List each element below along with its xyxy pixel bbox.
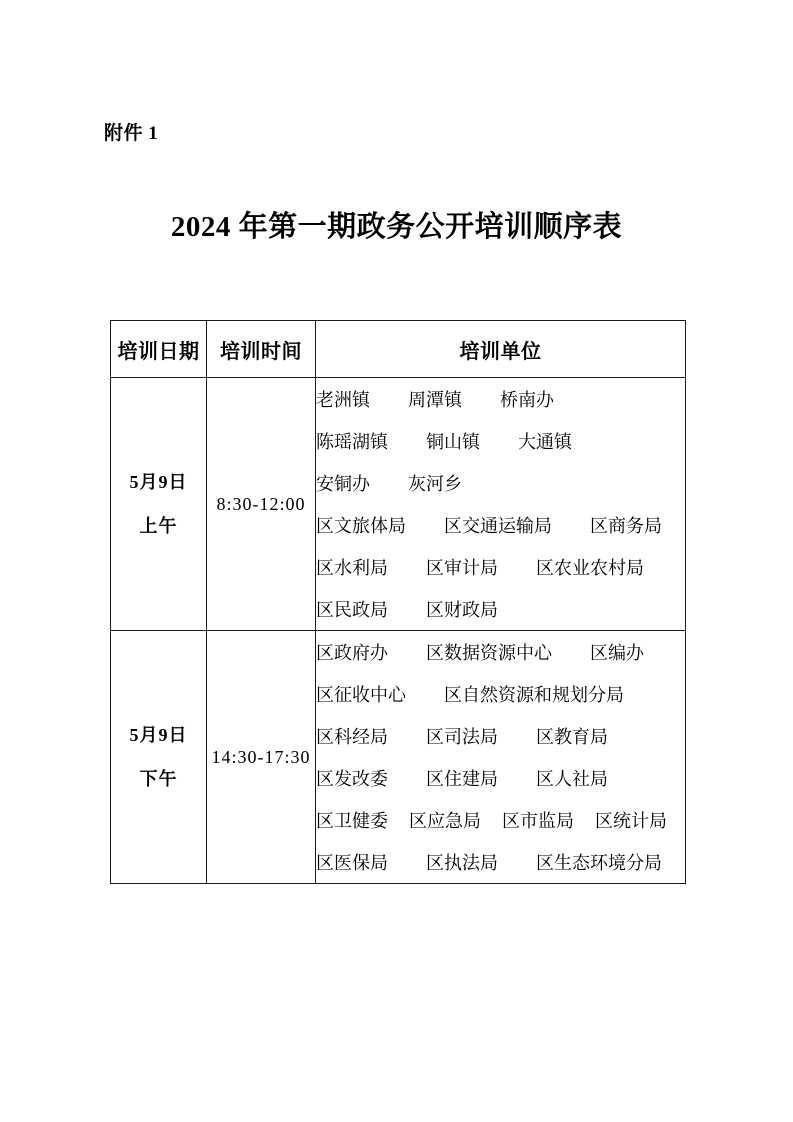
unit-line: 区科经局区司法局区教育局 [316, 715, 685, 757]
unit-name: 区征收中心 [316, 681, 406, 707]
unit-line: 区发改委区住建局区人社局 [316, 757, 685, 799]
unit-name: 区医保局 [316, 849, 388, 875]
unit-name: 区应急局 [409, 807, 481, 833]
unit-name: 铜山镇 [426, 428, 480, 454]
units-cell: 区政府办区数据资源中心区编办区征收中心区自然资源和规划分局区科经局区司法局区教育… [316, 631, 686, 884]
date-cell: 5月9日 上午 [111, 378, 207, 631]
table-row: 5月9日 下午 14:30-17:30 区政府办区数据资源中心区编办区征收中心区… [111, 631, 686, 884]
header-cell-date: 培训日期 [111, 321, 207, 378]
unit-line: 陈瑶湖镇铜山镇大通镇 [316, 420, 685, 462]
unit-name: 区文旅体局 [316, 512, 406, 538]
period-text: 下午 [111, 757, 206, 801]
unit-name: 区自然资源和规划分局 [444, 681, 624, 707]
table-body: 5月9日 上午 8:30-12:00 老洲镇周潭镇桥南办陈瑶湖镇铜山镇大通镇安铜… [111, 378, 686, 884]
unit-name: 区市监局 [502, 807, 574, 833]
units-cell: 老洲镇周潭镇桥南办陈瑶湖镇铜山镇大通镇安铜办灰河乡区文旅体局区交通运输局区商务局… [316, 378, 686, 631]
time-cell: 14:30-17:30 [207, 631, 316, 884]
page-title: 2024 年第一期政务公开培训顺序表 [0, 204, 793, 245]
period-text: 上午 [111, 504, 206, 548]
unit-line: 区民政局区财政局 [316, 588, 685, 630]
time-text: 14:30-17:30 [212, 747, 311, 767]
date-cell: 5月9日 下午 [111, 631, 207, 884]
unit-name: 区住建局 [426, 765, 498, 791]
unit-name: 区财政局 [426, 596, 498, 622]
unit-line: 区文旅体局区交通运输局区商务局 [316, 504, 685, 546]
unit-name: 区数据资源中心 [426, 639, 552, 665]
training-schedule-table: 培训日期 培训时间 培训单位 5月9日 上午 8:30-12:00 老洲镇周潭镇… [110, 320, 686, 884]
unit-line: 区政府办区数据资源中心区编办 [316, 631, 685, 673]
time-text: 8:30-12:00 [217, 494, 306, 514]
table-row: 5月9日 上午 8:30-12:00 老洲镇周潭镇桥南办陈瑶湖镇铜山镇大通镇安铜… [111, 378, 686, 631]
unit-name: 区编办 [590, 639, 644, 665]
unit-name: 区生态环境分局 [536, 849, 662, 875]
unit-name: 区统计局 [595, 807, 667, 833]
unit-name: 区执法局 [426, 849, 498, 875]
unit-name: 周潭镇 [408, 386, 462, 412]
unit-name: 区卫健委 [316, 807, 388, 833]
unit-name: 安铜办 [316, 470, 370, 496]
date-text: 5月9日 [111, 460, 206, 504]
unit-name: 大通镇 [518, 428, 572, 454]
unit-name: 区农业农村局 [536, 554, 644, 580]
unit-name: 区水利局 [316, 554, 388, 580]
table-header-row: 培训日期 培训时间 培训单位 [111, 321, 686, 378]
unit-line: 安铜办灰河乡 [316, 462, 685, 504]
unit-name: 区交通运输局 [444, 512, 552, 538]
document-page: 附件 1 2024 年第一期政务公开培训顺序表 培训日期 培训时间 培训单位 5… [0, 0, 793, 1122]
unit-line: 区卫健委区应急局区市监局区统计局 [316, 799, 685, 841]
header-cell-units: 培训单位 [316, 321, 686, 378]
unit-line: 区征收中心区自然资源和规划分局 [316, 673, 685, 715]
date-text: 5月9日 [111, 713, 206, 757]
unit-name: 陈瑶湖镇 [316, 428, 388, 454]
unit-name: 区审计局 [426, 554, 498, 580]
unit-name: 区人社局 [536, 765, 608, 791]
unit-line: 区医保局区执法局区生态环境分局 [316, 841, 685, 883]
unit-name: 区民政局 [316, 596, 388, 622]
unit-line: 老洲镇周潭镇桥南办 [316, 378, 685, 420]
header-cell-time: 培训时间 [207, 321, 316, 378]
unit-name: 区司法局 [426, 723, 498, 749]
unit-name: 区政府办 [316, 639, 388, 665]
unit-name: 区发改委 [316, 765, 388, 791]
unit-name: 区科经局 [316, 723, 388, 749]
attachment-label: 附件 1 [104, 118, 158, 145]
time-cell: 8:30-12:00 [207, 378, 316, 631]
unit-line: 区水利局区审计局区农业农村局 [316, 546, 685, 588]
unit-name: 区商务局 [590, 512, 662, 538]
unit-name: 桥南办 [500, 386, 554, 412]
unit-name: 老洲镇 [316, 386, 370, 412]
unit-name: 灰河乡 [408, 470, 462, 496]
unit-name: 区教育局 [536, 723, 608, 749]
